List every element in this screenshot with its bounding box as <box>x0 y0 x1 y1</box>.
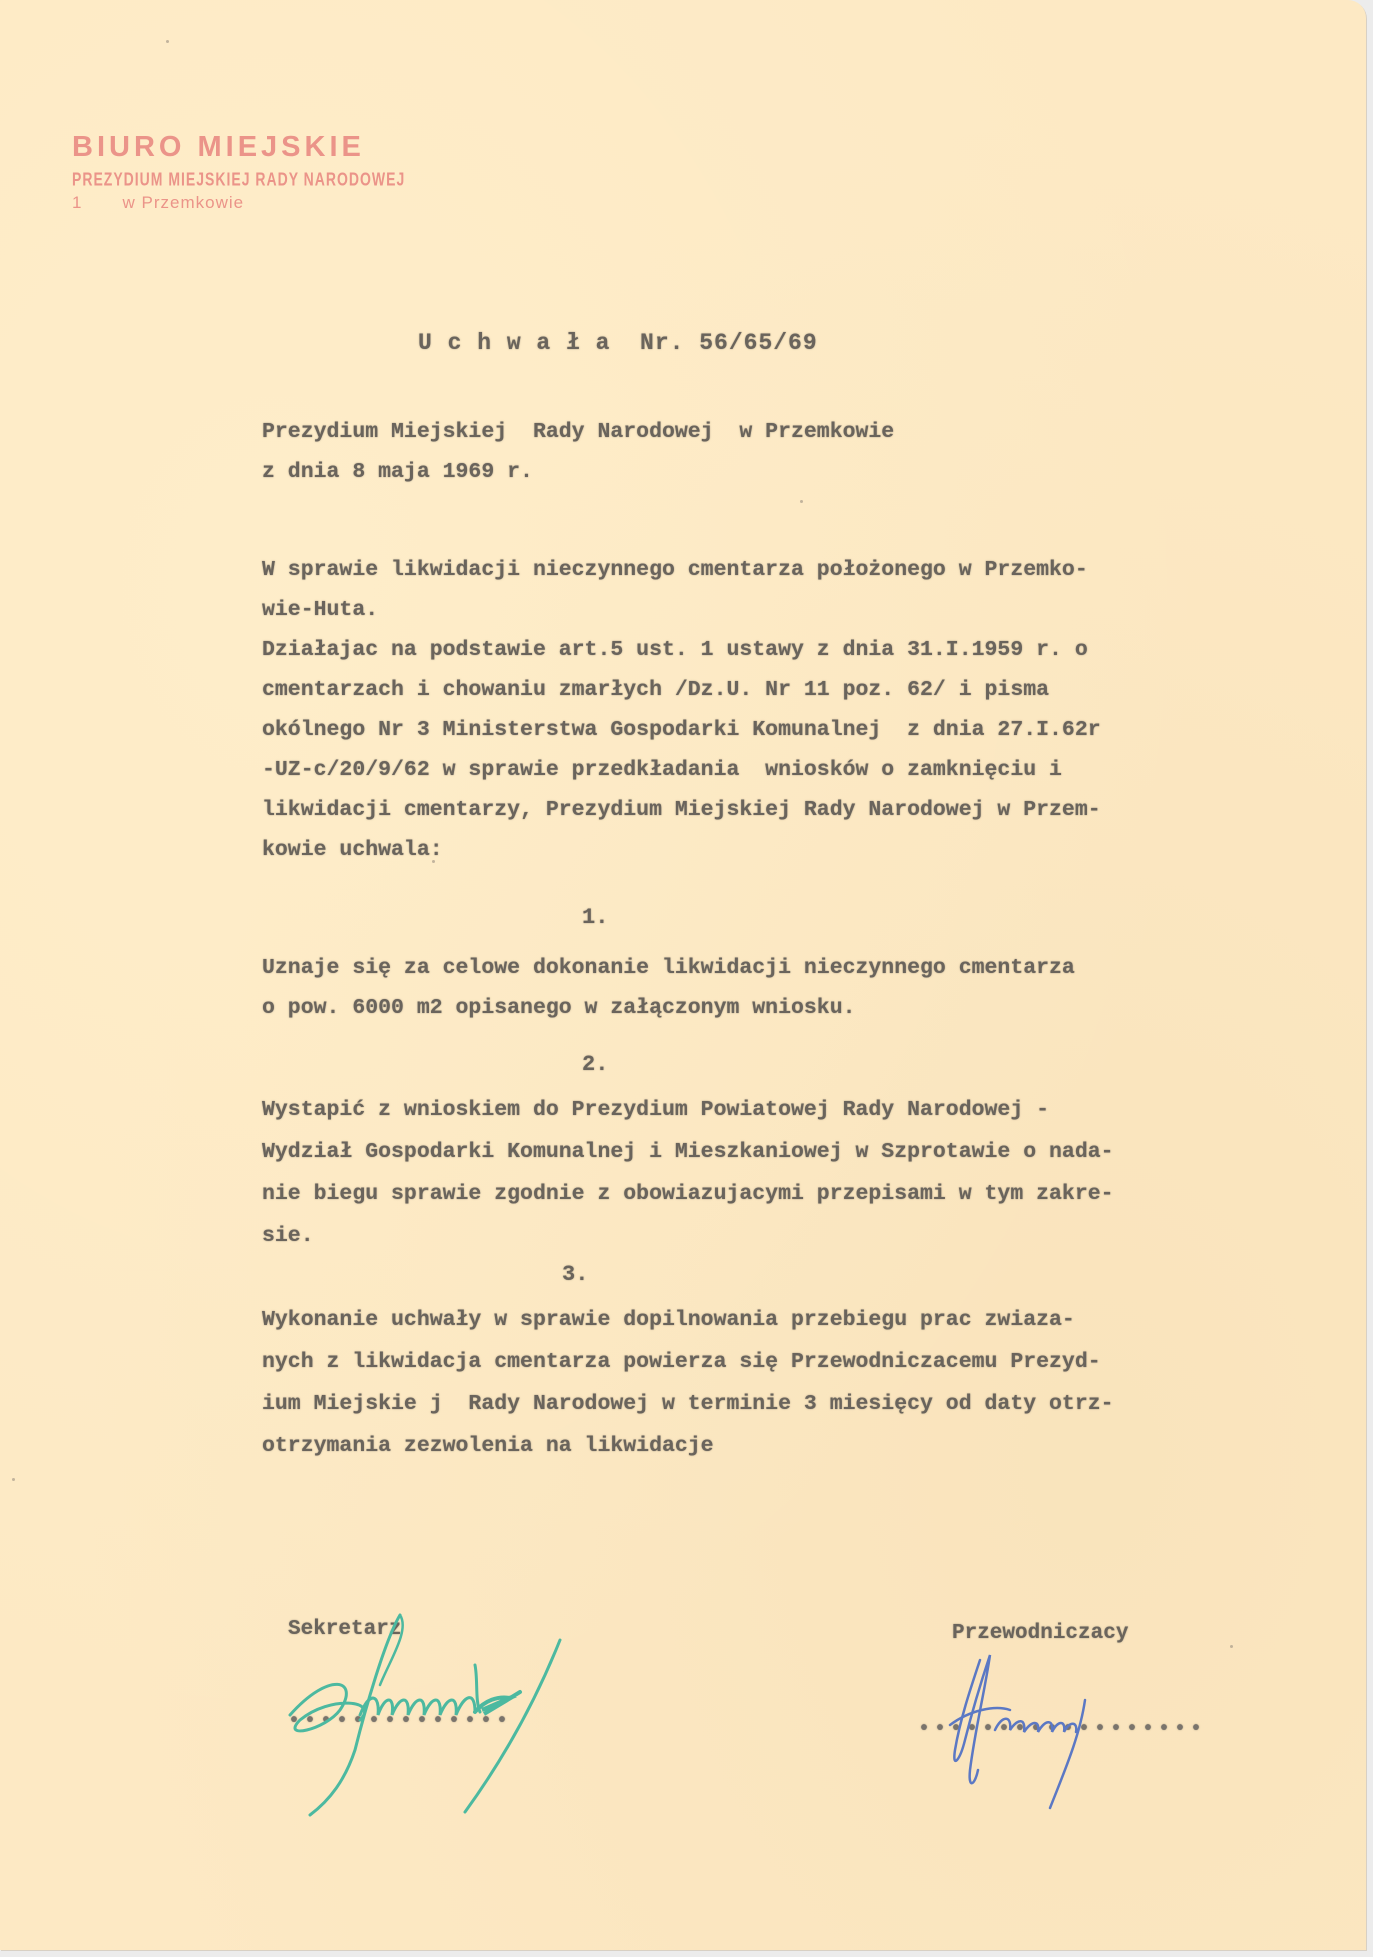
subject-line: W sprawie likwidacji nieczynnego cmentar… <box>262 550 1088 590</box>
section-line: sie. <box>262 1216 314 1256</box>
section-line: Wydział Gospodarki Komunalnej i Mieszkan… <box>262 1132 1114 1172</box>
stamp-place: w Przemkowie <box>123 193 245 212</box>
preamble-line: kowie uchwala: <box>262 830 443 870</box>
paper-speck <box>432 860 435 863</box>
section-line: nych z likwidacja cmentarza powierza się… <box>262 1342 1101 1382</box>
section-line: Wykonanie uchwały w sprawie dopilnowania… <box>262 1300 1075 1340</box>
secretary-signature <box>270 1600 570 1820</box>
issuer-line: Prezydium Miejskiej Rady Narodowej w Prz… <box>262 412 894 452</box>
preamble-line: okólnego Nr 3 Ministerstwa Gospodarki Ko… <box>262 710 1101 750</box>
section-line: nie biegu sprawie zgodnie z obowiazujacy… <box>262 1174 1114 1214</box>
stamp-line-1: BIURO MIEJSKIE <box>72 132 405 162</box>
paper-speck <box>800 500 803 503</box>
paper-speck <box>1230 1645 1233 1648</box>
paper-speck <box>12 1478 15 1481</box>
section-line: otrzymania zezwolenia na likwidacje <box>262 1426 714 1466</box>
date-line: z dnia 8 maja 1969 r. <box>262 452 533 492</box>
section-line: Uznaje się za celowe dokonanie likwidacj… <box>262 948 1075 988</box>
section-number: 3. <box>562 1262 588 1287</box>
stamp-line-2: PREZYDIUM MIEJSKIEJ RADY NARODOWEJ <box>72 168 405 190</box>
paper-speck <box>166 40 169 43</box>
stamp-number: 1 <box>72 193 82 212</box>
stamp-line-3: 1 w Przemkowie <box>72 194 405 212</box>
section-number: 2. <box>582 1052 608 1077</box>
section-line: Wystapić z wnioskiem do Prezydium Powiat… <box>262 1090 1049 1130</box>
resolution-title: U c h w a ł a Nr. 56/65/69 <box>418 330 818 356</box>
preamble-line: -UZ-c/20/9/62 w sprawie przedkładania wn… <box>262 750 1062 790</box>
chairman-signature <box>940 1640 1140 1810</box>
office-stamp: BIURO MIEJSKIE PREZYDIUM MIEJSKIEJ RADY … <box>72 132 405 212</box>
preamble-line: cmentarzach i chowaniu zmarłych /Dz.U. N… <box>262 670 1049 710</box>
section-line: o pow. 6000 m2 opisanego w załączonym wn… <box>262 988 856 1028</box>
preamble-line: Działajac na podstawie art.5 ust. 1 usta… <box>262 630 1088 670</box>
preamble-line: likwidacji cmentarzy, Prezydium Miejskie… <box>262 790 1101 830</box>
document-page: BIURO MIEJSKIE PREZYDIUM MIEJSKIEJ RADY … <box>0 0 1366 1950</box>
section-line: ium Miejskie j Rady Narodowej w terminie… <box>262 1384 1114 1424</box>
section-number: 1. <box>582 905 608 930</box>
subject-line: wie-Huta. <box>262 590 378 630</box>
